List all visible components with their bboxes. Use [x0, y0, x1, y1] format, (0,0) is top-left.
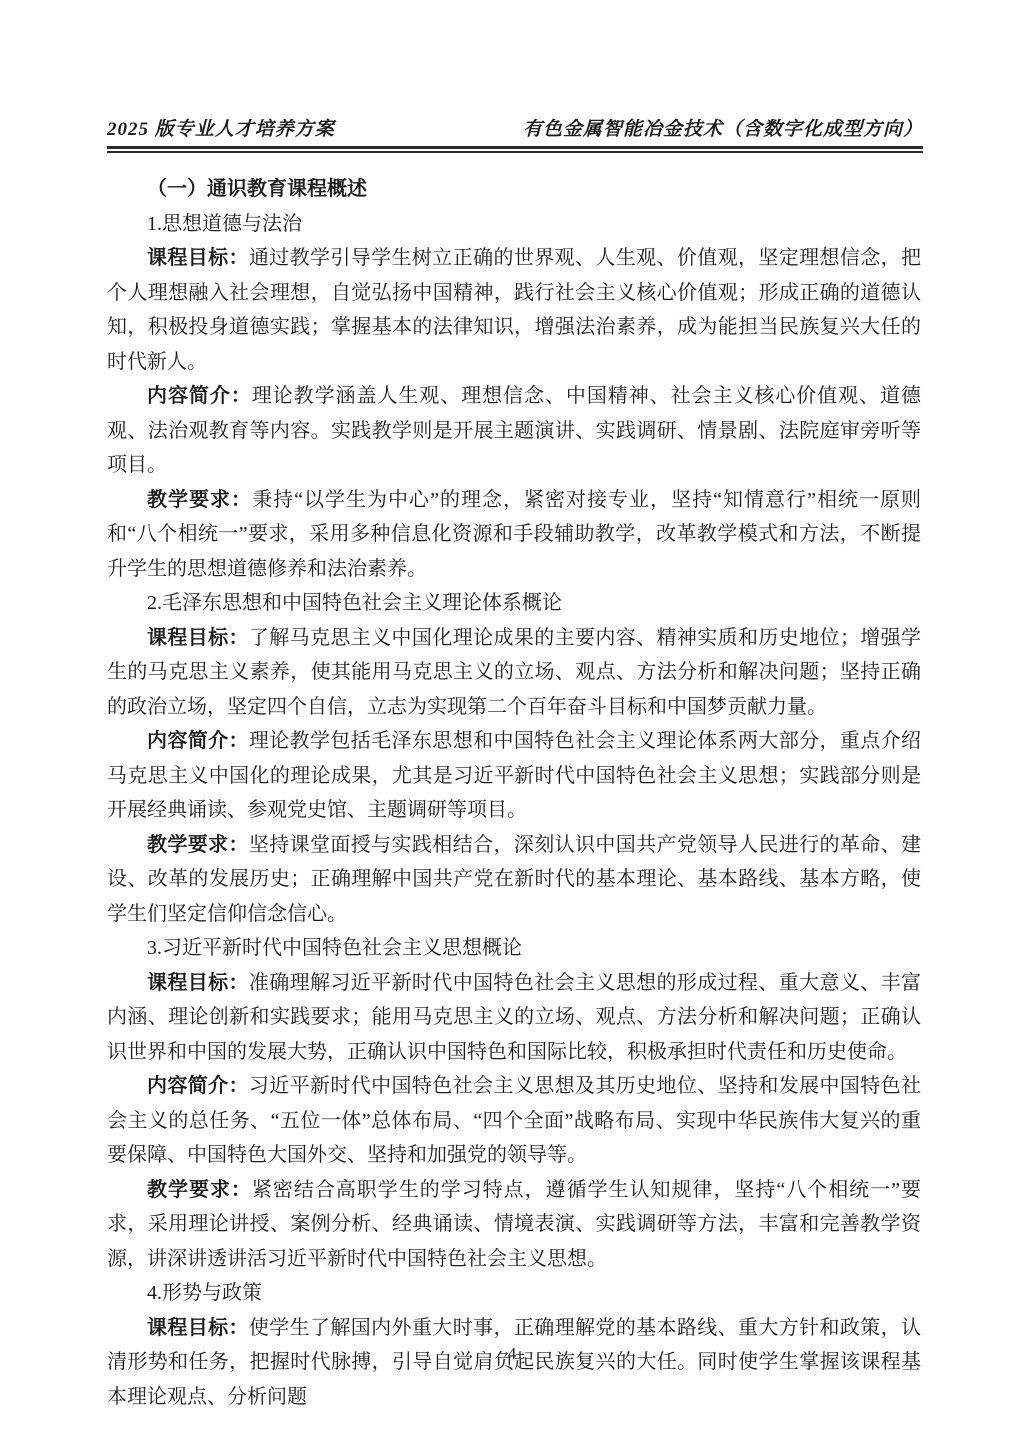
section-heading: （一）通识教育课程概述 [107, 172, 921, 207]
paragraph: 内容简介：习近平新时代中国特色社会主义思想及其历史地位、坚持和发展中国特色社会主… [107, 1069, 921, 1173]
subheading: 2.毛泽东思想和中国特色社会主义理论体系概论 [107, 586, 921, 621]
paragraph-label: 内容简介： [147, 730, 249, 752]
paragraph: 内容简介：理论教学包括毛泽东思想和中国特色社会主义理论体系两大部分，重点介绍马克… [107, 724, 921, 828]
page-header: 2025 版专业人才培养方案 有色金属智能冶金技术（含数字化成型方向） [107, 114, 923, 141]
paragraph-label: 内容简介： [147, 1075, 249, 1097]
paragraph: 课程目标：通过教学引导学生树立正确的世界观、人生观、价值观，坚定理想信念，把个人… [107, 241, 921, 379]
header-rule [107, 146, 923, 153]
paragraph-label: 课程目标： [147, 247, 249, 269]
header-doc-title: 2025 版专业人才培养方案 [107, 114, 335, 141]
paragraph-label: 教学要求： [147, 834, 249, 856]
paragraph: 课程目标：了解马克思主义中国化理论成果的主要内容、精神实质和历史地位；增强学生的… [107, 621, 921, 725]
paragraph: 教学要求：坚持课堂面授与实践相结合，深刻认识中国共产党领导人民进行的革命、建设、… [107, 828, 921, 932]
subheading: 1.思想道德与法治 [107, 207, 921, 242]
subheading: 4.形势与政策 [107, 1276, 921, 1311]
page-number: 4 [0, 1344, 1024, 1364]
paragraph-label: 课程目标： [147, 972, 249, 994]
paragraph-label: 教学要求： [147, 1179, 252, 1201]
document-body: （一）通识教育课程概述 1.思想道德与法治 课程目标：通过教学引导学生树立正确的… [107, 172, 921, 1414]
paragraph: 内容简介：理论教学涵盖人生观、理想信念、中国精神、社会主义核心价值观、道德观、法… [107, 379, 921, 483]
paragraph: 课程目标：准确理解习近平新时代中国特色社会主义思想的形成过程、重大意义、丰富内涵… [107, 966, 921, 1070]
paragraph-label: 课程目标： [147, 627, 249, 649]
paragraph-label: 课程目标： [147, 1317, 249, 1339]
header-program-title: 有色金属智能冶金技术（含数字化成型方向） [523, 114, 923, 141]
paragraph: 教学要求：紧密结合高职学生的学习特点，遵循学生认知规律，坚持“八个相统一”要求，… [107, 1173, 921, 1277]
paragraph-label: 内容简介： [147, 385, 252, 407]
paragraph-label: 教学要求： [147, 489, 252, 511]
paragraph: 教学要求：秉持“以学生为中心”的理念，紧密对接专业，坚持“知情意行”相统一原则和… [107, 483, 921, 587]
subheading: 3.习近平新时代中国特色社会主义思想概论 [107, 931, 921, 966]
